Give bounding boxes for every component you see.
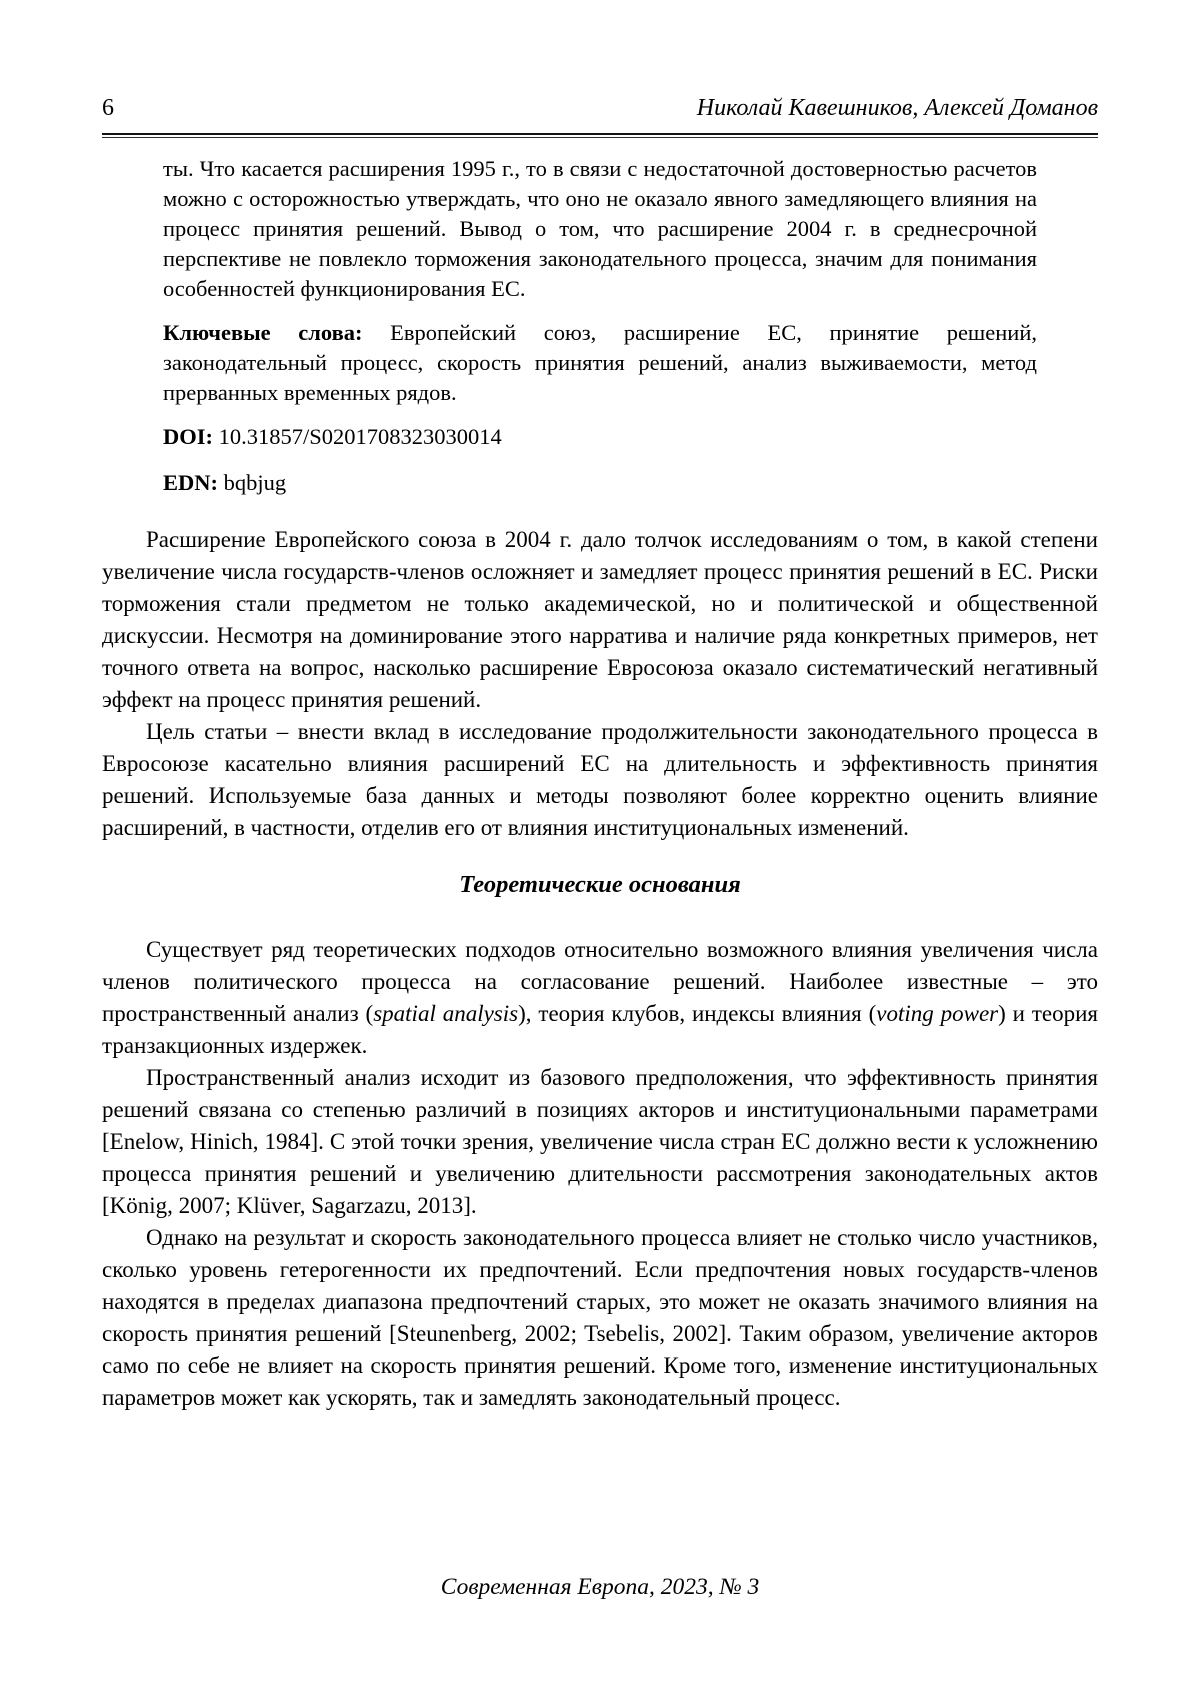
para3-text-2: ), теория клубов, индексы влияния ( <box>518 1001 876 1026</box>
body-paragraph-4: Пространственный анализ исходит из базов… <box>102 1062 1098 1222</box>
doi-value: 10.31857/S0201708323030014 <box>219 424 502 449</box>
para3-italic-term-1: spatial analysis <box>373 1001 518 1026</box>
page-footer: Современная Европа, 2023, № 3 <box>102 1572 1098 1602</box>
doi-line: DOI: 10.31857/S0201708323030014 <box>163 422 1037 452</box>
running-head: 6 Николай Кавешников, Алексей Доманов <box>102 0 1098 122</box>
running-head-authors: Николай Кавешников, Алексей Доманов <box>697 94 1098 122</box>
keywords-paragraph: Ключевые слова: Европейский союз, расшир… <box>163 318 1037 408</box>
para3-italic-term-2: voting power <box>876 1001 998 1026</box>
doi-label: DOI: <box>163 424 213 449</box>
journal-page: 6 Николай Кавешников, Алексей Доманов ты… <box>0 0 1200 1694</box>
abstract-block: ты. Что касается расширения 1995 г., то … <box>163 154 1037 498</box>
abstract-continuation: ты. Что касается расширения 1995 г., то … <box>163 154 1037 304</box>
body-paragraph-3: Существует ряд теоретических подходов от… <box>102 934 1098 1062</box>
edn-label: EDN: <box>163 470 218 495</box>
body-paragraph-2: Цель статьи – внести вклад в исследовани… <box>102 716 1098 844</box>
edn-line: EDN: bqbjug <box>163 468 1037 498</box>
article-body: Расширение Европейского союза в 2004 г. … <box>102 524 1098 1414</box>
edn-value: bqbjug <box>224 470 287 495</box>
journal-line: Современная Европа, 2023, № 3 <box>441 1574 760 1600</box>
body-paragraph-1: Расширение Европейского союза в 2004 г. … <box>102 524 1098 716</box>
body-paragraph-5: Однако на результат и скорость законодат… <box>102 1222 1098 1414</box>
section-heading: Теоретические основания <box>102 870 1098 900</box>
keywords-label: Ключевые слова: <box>163 320 363 345</box>
page-number: 6 <box>102 94 114 122</box>
header-rule <box>102 133 1098 138</box>
